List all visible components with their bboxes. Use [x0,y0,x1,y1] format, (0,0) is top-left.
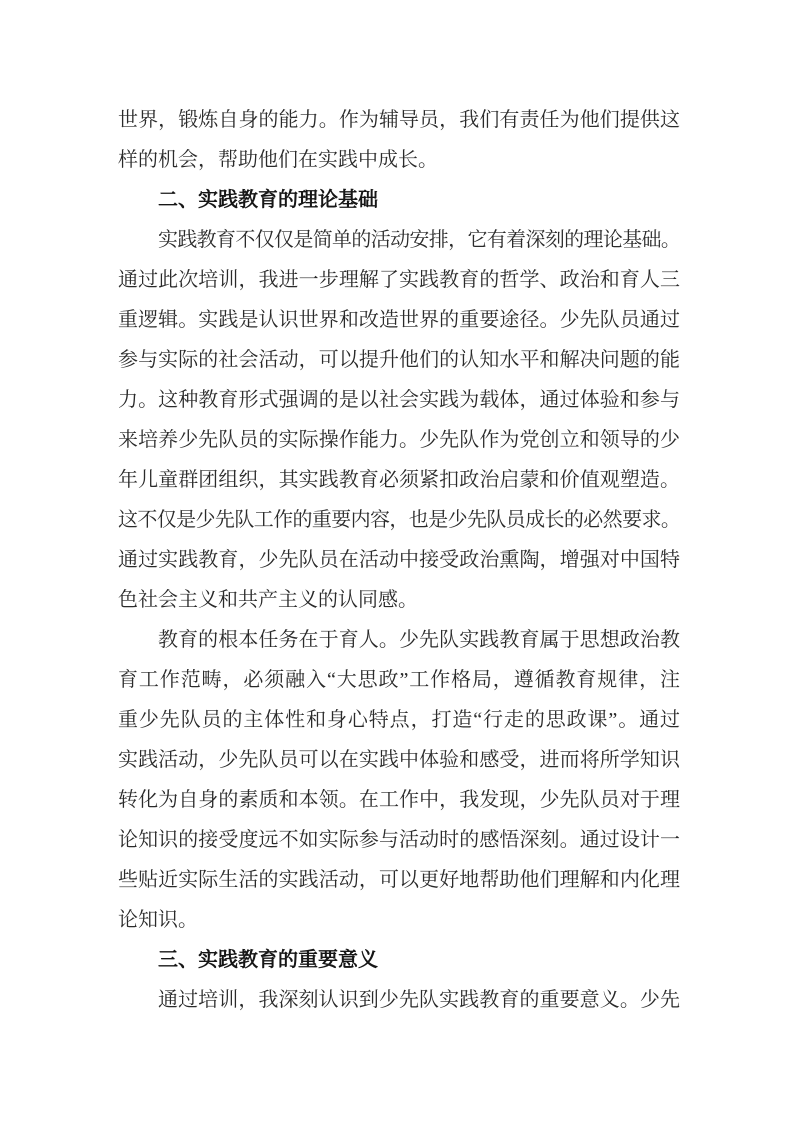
document-text: 世界，锻炼自身的能力。作为辅导员，我们有责任为他们提供这 样的机会，帮助他们在实… [118,100,680,1020]
text-line: 些贴近实际生活的实践活动，可以更好地帮助他们理解和内化理 [118,860,680,900]
section-heading: 二、实践教育的理论基础 [118,180,680,220]
text-line: 这不仅是少先队工作的重要内容，也是少先队员成长的必然要求。 [118,500,680,540]
text-line: 通过实践教育，少先队员在活动中接受政治熏陶，增强对中国特 [118,540,680,580]
text-line: 育工作范畴，必须融入“大思政”工作格局，遵循教育规律，注 [118,660,680,700]
text-line: 论知识。 [118,900,680,940]
text-line: 实践教育不仅仅是简单的活动安排，它有着深刻的理论基础。 [118,220,680,260]
text-line: 重少先队员的主体性和身心特点，打造“行走的思政课”。通过 [118,700,680,740]
text-line: 年儿童群团组织，其实践教育必须紧扣政治启蒙和价值观塑造。 [118,460,680,500]
text-line: 教育的根本任务在于育人。少先队实践教育属于思想政治教 [118,620,680,660]
text-line: 参与实际的社会活动，可以提升他们的认知水平和解决问题的能 [118,340,680,380]
document-page: 世界，锻炼自身的能力。作为辅导员，我们有责任为他们提供这 样的机会，帮助他们在实… [0,0,793,1122]
text-line: 实践活动，少先队员可以在实践中体验和感受，进而将所学知识 [118,740,680,780]
section-heading: 三、实践教育的重要意义 [118,940,680,980]
text-line: 力。这种教育形式强调的是以社会实践为载体，通过体验和参与 [118,380,680,420]
text-line: 世界，锻炼自身的能力。作为辅导员，我们有责任为他们提供这 [118,100,680,140]
text-line: 通过此次培训，我进一步理解了实践教育的哲学、政治和育人三 [118,260,680,300]
text-line: 通过培训，我深刻认识到少先队实践教育的重要意义。少先 [118,980,680,1020]
text-line: 转化为自身的素质和本领。在工作中，我发现，少先队员对于理 [118,780,680,820]
text-line: 论知识的接受度远不如实际参与活动时的感悟深刻。通过设计一 [118,820,680,860]
text-line: 色社会主义和共产主义的认同感。 [118,580,680,620]
text-line: 来培养少先队员的实际操作能力。少先队作为党创立和领导的少 [118,420,680,460]
text-line: 样的机会，帮助他们在实践中成长。 [118,140,680,180]
text-line: 重逻辑。实践是认识世界和改造世界的重要途径。少先队员通过 [118,300,680,340]
